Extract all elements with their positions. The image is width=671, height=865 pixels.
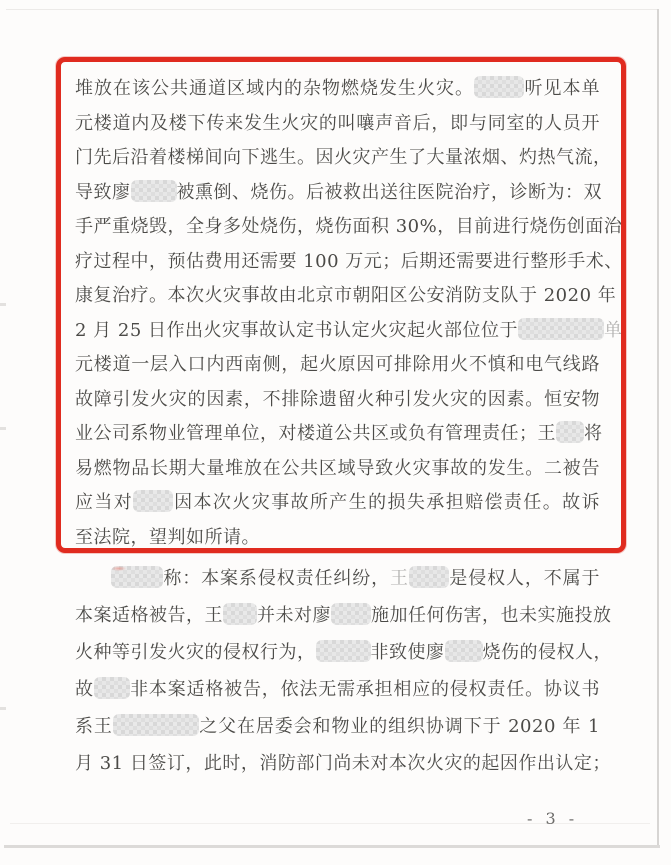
text-line: 系王之父在居委会和物业的组织协调下于 2020 年 1 <box>75 708 600 745</box>
text-line: 元楼道一层入口内西南侧，起火原因可排除用火不慎和电气线路 <box>75 348 600 383</box>
redaction-blur <box>331 603 371 625</box>
text-segment: 并未对廖 <box>257 605 331 626</box>
text-line: 火种等引发火灾的侵权行为，非致使廖烧伤的侵权人， <box>75 634 600 671</box>
redaction-blur <box>94 677 130 699</box>
text-line: 康复治疗。本次火灾事故由北京市朝阳区公安消防支队于 2020 年 <box>75 279 600 314</box>
scan-edge-right <box>657 9 659 847</box>
text-segment: 本案适格被告，王 <box>75 605 223 626</box>
redaction-blur <box>133 490 173 512</box>
text-segment: 手严重烧毁，全身多处烧伤，烧伤面积 30%，目前进行烧伤创面治 <box>75 216 622 237</box>
text-segment: 故障引发火灾的因素，不排除遗留火种引发火灾的因素。恒安物 <box>75 389 600 410</box>
text-segment: 元楼道一层入口内西南侧，起火原因可排除用火不慎和电气线路 <box>75 354 600 375</box>
text-segment: 门先后沿着楼梯间向下逃生。因火灾产生了大量浓烟、灼热气流， <box>75 147 612 168</box>
text-segment: 导致廖 <box>75 182 131 203</box>
redaction-blur <box>223 603 257 625</box>
text-line: 堆放在该公共通道区域内的杂物燃烧发生火灾。听见本单 <box>75 72 600 107</box>
text-line: 本案适格被告，王并未对廖施加任何伤害，也未实施投放 <box>75 597 600 634</box>
text-segment: 疗过程中，预估费用还需要 100 万元；后期还需要进行整形手术、 <box>75 251 623 272</box>
text-segment: 烧伤的侵权人， <box>483 642 613 663</box>
text-line: 门先后沿着楼梯间向下逃生。因火灾产生了大量浓烟、灼热气流， <box>75 141 600 176</box>
text-line: 称：本案系侵权责任纠纷，王是侵权人，不属于 <box>75 560 600 597</box>
text-segment: 施加任何伤害，也未实施投放 <box>371 605 612 626</box>
redaction-blur <box>131 180 177 202</box>
text-segment: 应当对 <box>75 492 133 513</box>
text-segment: 非本案适格被告，依法无需承担相应的侵权责任。协议书 <box>130 679 600 700</box>
second-paragraph: 称：本案系侵权责任纠纷，王是侵权人，不属于本案适格被告，王并未对廖施加任何伤害，… <box>75 560 600 782</box>
text-segment: 故 <box>75 679 94 700</box>
scan-edge-bottom <box>4 845 660 848</box>
text-line: 业公司系物业管理单位，对楼道公共区或负有管理责任；王将 <box>75 417 600 452</box>
redaction-blur <box>316 640 371 662</box>
text-segment: 月 31 日签订，此时，消防部门尚未对本次火灾的起因作出认定； <box>75 753 611 774</box>
text-segment: 系王 <box>75 716 113 737</box>
text-line: 2 月 25 日作出火灾事故认定书认定火灾起火部位位于单 <box>75 314 600 349</box>
text-segment: 被熏倒、烧伤。后被救出送往医院治疗，诊断为：双 <box>177 182 603 203</box>
text-line: 故障引发火灾的因素，不排除遗留火种引发火灾的因素。恒安物 <box>75 383 600 418</box>
redaction-blur <box>518 318 604 340</box>
text-segment: 堆放在该公共通道区域内的杂物燃烧发生火灾。 <box>75 78 474 99</box>
text-segment: 易燃物品长期大量堆放在公共区域导致火灾事故的发生。二被告 <box>75 458 600 479</box>
redaction-blur <box>113 714 199 736</box>
text-segment: 称：本案系侵权责任纠纷， <box>163 568 390 589</box>
text-segment: 之父在居委会和物业的组织协调下于 2020 年 1 <box>199 716 600 737</box>
scan-artifact <box>0 303 6 306</box>
text-line: 故非本案适格被告，依法无需承担相应的侵权责任。协议书 <box>75 671 600 708</box>
text-segment: 单 <box>604 320 623 341</box>
text-segment: 王 <box>390 568 409 589</box>
boxed-paragraph: 堆放在该公共通道区域内的杂物燃烧发生火灾。听见本单元楼道内及楼下传来发生火灾的叫… <box>75 72 600 555</box>
redaction-blur <box>445 640 483 662</box>
text-segment: 至法院，望判如所请。 <box>75 527 260 548</box>
redaction-blur <box>556 421 584 443</box>
text-segment: 业公司系物业管理单位，对楼道公共区或负有管理责任；王 <box>75 423 556 444</box>
scan-edge-top <box>6 9 658 10</box>
text-line: 月 31 日签订，此时，消防部门尚未对本次火灾的起因作出认定； <box>75 745 600 782</box>
text-segment: 非致使廖 <box>371 642 445 663</box>
text-segment: 元楼道内及楼下传来发生火灾的叫嚷声音后，即与同室的人员开 <box>75 113 600 134</box>
redaction-blur <box>409 566 449 588</box>
text-segment: 康复治疗。本次火灾事故由北京市朝阳区公安消防支队于 2020 年 <box>75 285 616 306</box>
text-line: 易燃物品长期大量堆放在公共区域导致火灾事故的发生。二被告 <box>75 452 600 487</box>
text-segment: 将 <box>584 423 603 444</box>
text-line: 导致廖被熏倒、烧伤。后被救出送往医院治疗，诊断为：双 <box>75 176 600 211</box>
scan-artifact <box>0 707 6 710</box>
text-line: 手严重烧毁，全身多处烧伤，烧伤面积 30%，目前进行烧伤创面治 <box>75 210 600 245</box>
scanned-page: 堆放在该公共通道区域内的杂物燃烧发生火灾。听见本单元楼道内及楼下传来发生火灾的叫… <box>0 0 671 865</box>
scan-artifact <box>0 427 6 430</box>
text-segment: 听见本单 <box>524 78 600 99</box>
redaction-blur <box>474 76 524 98</box>
text-segment: 火种等引发火灾的侵权行为， <box>75 642 316 663</box>
text-line: 应当对因本次火灾事故所产生的损失承担赔偿责任。故诉 <box>75 486 600 521</box>
text-line: 元楼道内及楼下传来发生火灾的叫嚷声音后，即与同室的人员开 <box>75 107 600 142</box>
redaction-blur <box>111 566 163 588</box>
text-line: 至法院，望判如所请。 <box>75 521 600 556</box>
page-number: - 3 - <box>527 809 597 828</box>
text-segment: 因本次火灾事故所产生的损失承担赔偿责任。故诉 <box>173 492 600 513</box>
text-line: 疗过程中，预估费用还需要 100 万元；后期还需要进行整形手术、 <box>75 245 600 280</box>
text-segment: 2 月 25 日作出火灾事故认定书认定火灾起火部位位于 <box>75 320 518 341</box>
text-segment: 是侵权人，不属于 <box>449 568 600 589</box>
